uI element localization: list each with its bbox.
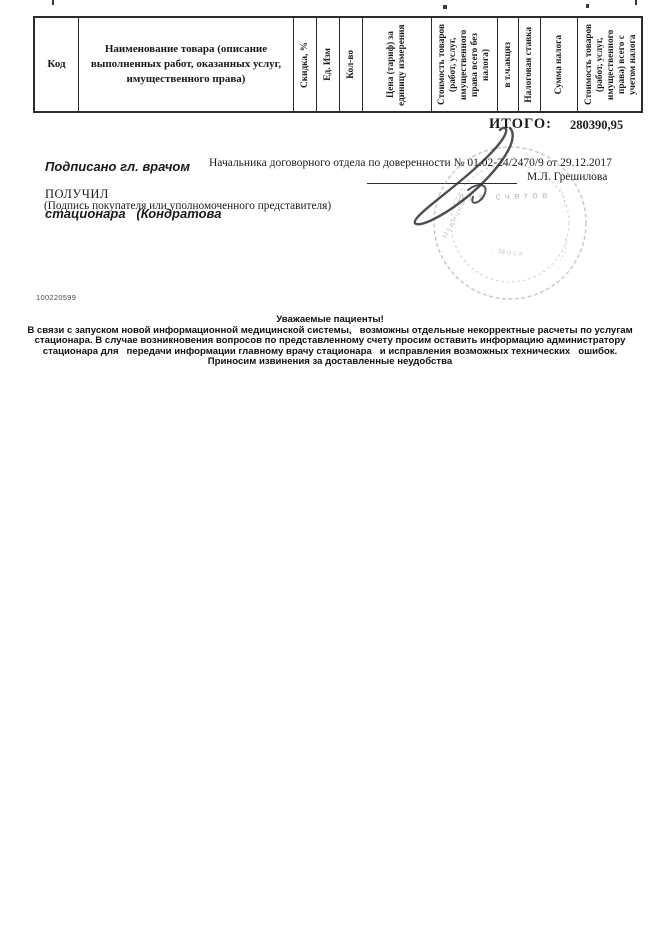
header-cell-item-name: Наименование товара (описание выполненны… <box>79 18 294 111</box>
document-page: Код Наименование товара (описание выполн… <box>0 0 659 933</box>
table-remnant-tick <box>52 0 54 5</box>
stamp-rim-bottom-text: · Моск <box>490 246 525 258</box>
invoice-table: Код Наименование товара (описание выполн… <box>33 16 643 113</box>
column-label: Скидка, % <box>300 41 311 89</box>
column-label: Цена (тариф) за единицу измерения <box>386 19 408 111</box>
column-label: Код <box>39 57 73 72</box>
header-cell-tax-rate: Налоговая ставка <box>519 18 541 111</box>
header-cell-unit: Ед. Изм <box>317 18 340 111</box>
table-remnant-speck <box>443 5 447 9</box>
table-remnant-tick <box>635 0 637 5</box>
handwritten-signature <box>400 118 585 238</box>
header-cell-cost-without-tax: Стоимость товаров (работ, услуг, имущест… <box>432 18 498 111</box>
received-note: (Подпись покупателя или уполномоченного … <box>44 200 331 212</box>
column-label: в т.ч.акциз <box>503 41 514 89</box>
header-cell-discount: Скидка, % <box>294 18 317 111</box>
column-label: Ед. Изм <box>323 47 334 82</box>
header-cell-unit-price: Цена (тариф) за единицу измерения <box>363 18 432 111</box>
header-cell-excise: в т.ч.акциз <box>498 18 519 111</box>
table-remnant-speck <box>586 4 589 8</box>
column-label: Стоимость товаров (работ, услуг, имущест… <box>437 19 492 111</box>
signed-by-line1: Подписано гл. врачом <box>45 159 221 175</box>
notice-title: Уважаемые пациенты! <box>20 315 640 326</box>
header-cell-quantity: Кол-во <box>340 18 363 111</box>
column-label: Стоимость товаров (работ, услуг, имущест… <box>584 19 639 111</box>
column-label: Сумма налога <box>554 34 565 95</box>
header-cell-code: Код <box>35 18 79 111</box>
patient-notice: Уважаемые пациенты! В связи с запуском н… <box>20 315 640 368</box>
document-number: 100220599 <box>36 293 76 302</box>
column-label: Налоговая ставка <box>524 26 535 104</box>
column-label: Кол-во <box>346 49 357 80</box>
header-cell-tax-amount: Сумма налога <box>541 18 578 111</box>
header-cell-cost-with-tax: Стоимость товаров (работ, услуг, имущест… <box>578 18 644 111</box>
column-label: Наименование товара (описание выполненны… <box>79 42 293 87</box>
notice-line: Приносим извинения за доставленные неудо… <box>20 357 640 368</box>
